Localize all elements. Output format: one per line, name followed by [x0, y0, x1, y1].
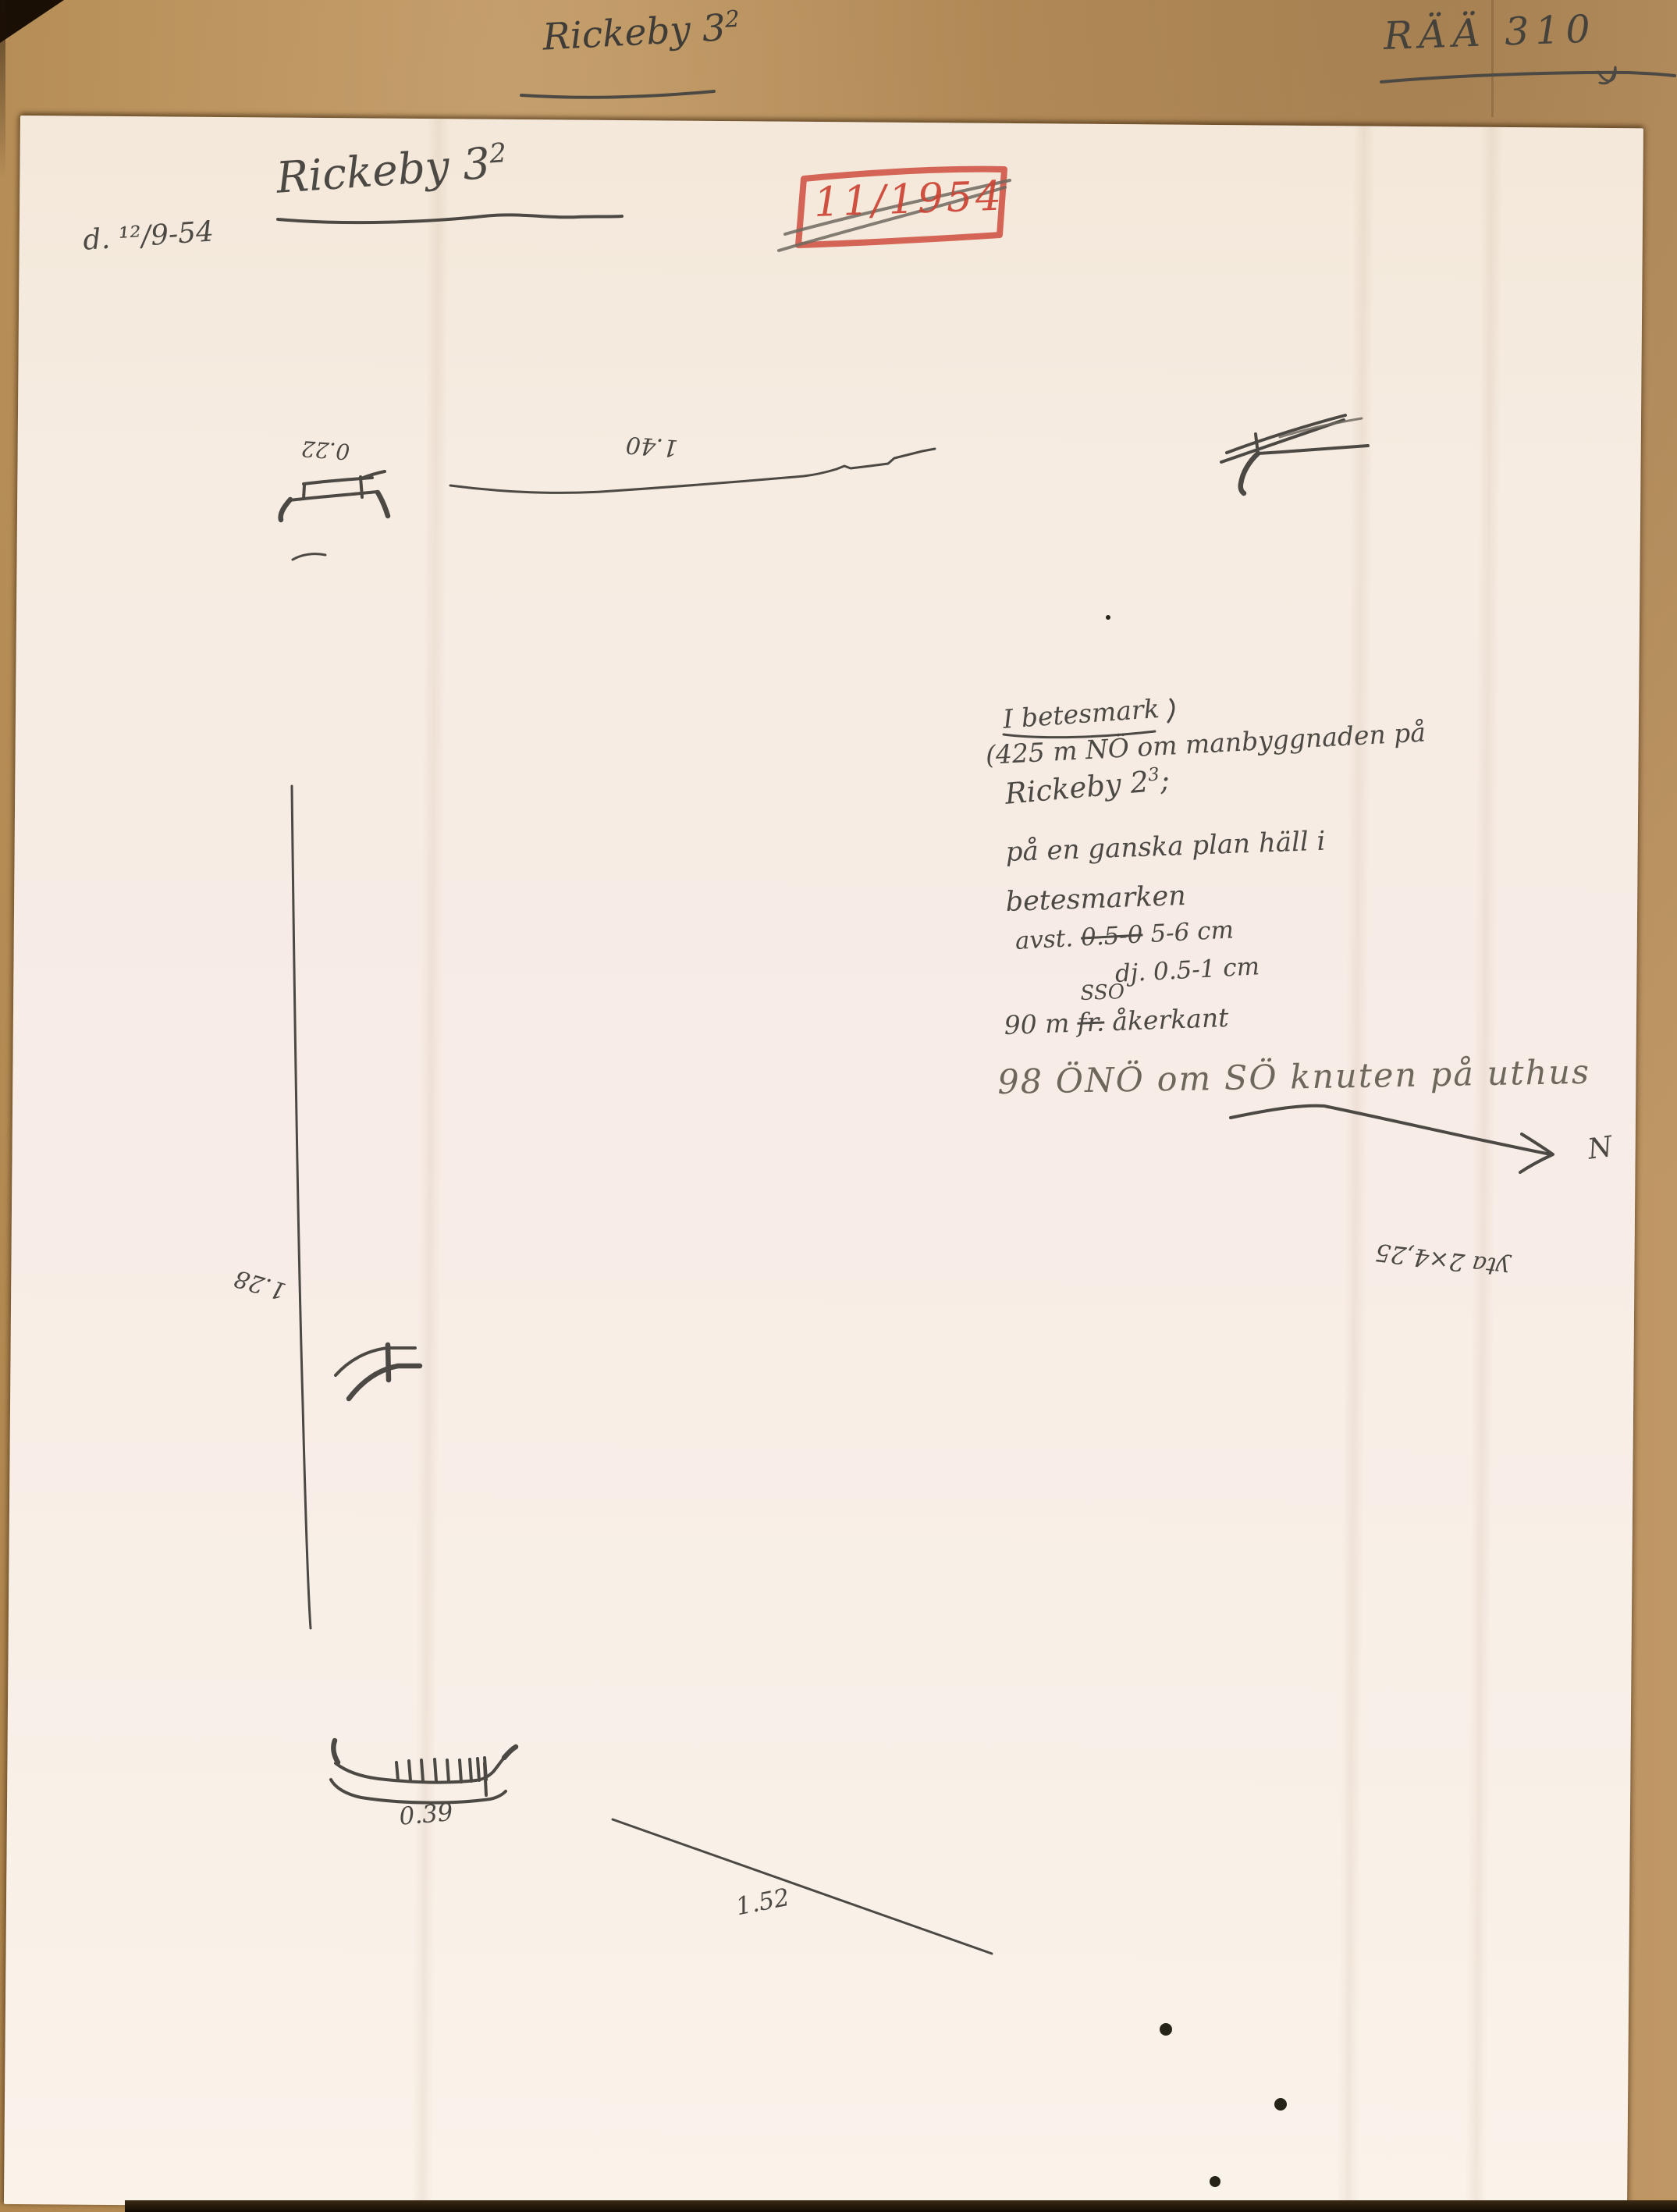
sheet-title-superscript: 2: [489, 137, 507, 169]
measurement-ship-top: 0.22: [300, 436, 350, 464]
board-raa-number: RÄÄ 310: [1383, 6, 1597, 58]
ship-figure-top-right: [1221, 415, 1368, 493]
measurement-terrain-line: 1.40: [625, 431, 679, 462]
note-line-6-label: avst.: [1014, 924, 1074, 955]
ship-figure-bottom: [331, 1741, 516, 1803]
photo-corner-shadow: [0, 0, 64, 43]
note-line-6-struck-value: 0.5-0: [1080, 920, 1143, 951]
prow-figure-left: [336, 1345, 420, 1399]
note-line-5: betesmarken: [1005, 880, 1186, 918]
pencil-sketch-layer: [0, 0, 1677, 2212]
note-line-8-distance: 90 m: [1004, 1008, 1070, 1040]
rock-edge-line: [292, 786, 311, 1628]
north-arrow: [1231, 1106, 1553, 1172]
diagonal-line-1-52: [613, 1819, 992, 1954]
photo-edge-shadow-left: [0, 0, 5, 180]
paper-title-underline: [278, 215, 622, 222]
photo-edge-shadow-bottom: [125, 2200, 1677, 2212]
ship-figure-top-left: [281, 471, 388, 560]
note-line-8-struck: fr.: [1077, 1007, 1105, 1038]
terrain-line-1-40: [450, 449, 935, 493]
note-line-6-value: 5-6 cm: [1149, 916, 1234, 948]
measurement-ship-bottom: 0.39: [398, 1798, 454, 1831]
board-title-superscript: 2: [724, 5, 740, 33]
board-title-underline: [521, 91, 714, 98]
north-arrow-label: N: [1586, 1131, 1615, 1166]
scanned-field-note: { "colors": { "cardboard": "#b58b55", "p…: [0, 0, 1677, 2212]
registration-stamp: 11/1954: [813, 172, 1005, 226]
pencil-squiggle: [1598, 67, 1615, 84]
note-line-8-correction: SSO: [1080, 980, 1125, 1005]
note-line-8-rest: åkerkant: [1112, 1002, 1229, 1037]
board-raa-underline: [1381, 67, 1675, 84]
